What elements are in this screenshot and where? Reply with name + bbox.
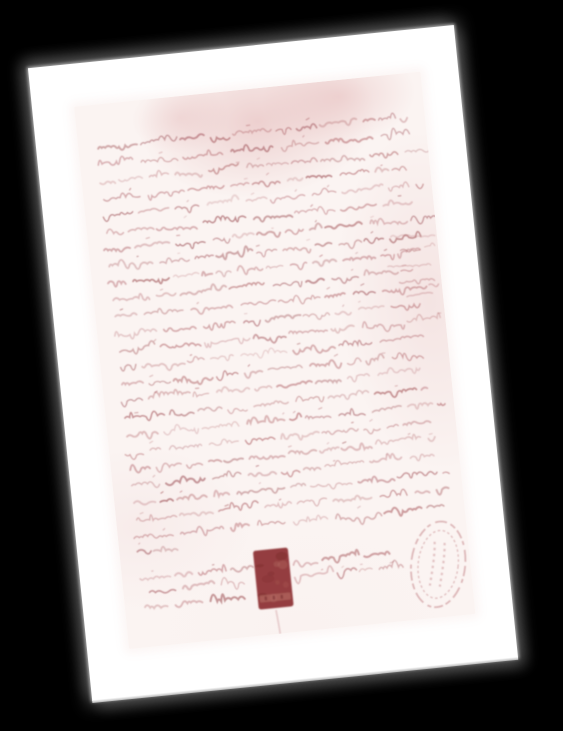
handwriting-stroke xyxy=(289,448,317,455)
handwriting-stroke xyxy=(359,305,384,310)
handwriting-stroke xyxy=(401,269,413,272)
handwriting-stroke xyxy=(364,551,390,557)
handwriting-stroke xyxy=(113,293,150,303)
handwriting-stroke xyxy=(429,283,439,287)
handwriting-stroke xyxy=(108,280,126,288)
seal-shape xyxy=(265,596,268,600)
handwriting-stroke xyxy=(119,176,143,182)
handwriting-stroke xyxy=(403,420,431,425)
handwriting-stroke xyxy=(103,191,140,201)
handwriting-stroke xyxy=(160,289,162,290)
handwriting-stroke xyxy=(375,167,389,172)
handwriting-stroke xyxy=(254,400,288,407)
handwriting-stroke xyxy=(325,135,372,145)
handwriting-stroke xyxy=(266,161,288,166)
handwriting-stroke xyxy=(359,568,372,572)
seal-shape xyxy=(280,595,283,599)
handwriting-stroke xyxy=(175,170,202,179)
handwriting-stroke xyxy=(353,290,375,296)
handwriting-stroke xyxy=(381,254,395,261)
handwriting-stroke xyxy=(388,182,409,192)
handwriting-stroke xyxy=(182,149,222,160)
handwriting-stroke xyxy=(133,276,170,286)
stamp-lettering xyxy=(430,542,436,586)
handwriting-stroke xyxy=(245,437,275,445)
handwriting-stroke xyxy=(335,311,351,316)
handwriting-stroke xyxy=(173,374,213,387)
handwriting-stroke xyxy=(98,155,133,166)
handwriting-stroke xyxy=(306,174,331,179)
handwriting-stroke xyxy=(315,242,331,246)
handwriting-stroke xyxy=(198,406,222,412)
handwriting-stroke xyxy=(228,407,248,414)
handwriting-stroke xyxy=(410,214,437,225)
handwriting-stroke xyxy=(212,470,241,479)
handwriting-stroke xyxy=(208,164,239,175)
handwriting-stroke xyxy=(125,453,144,460)
handwriting-stroke xyxy=(149,380,171,385)
handwriting-stroke xyxy=(366,354,385,365)
handwriting-stroke xyxy=(408,434,410,435)
handwriting-stroke xyxy=(321,154,365,165)
handwriting-stroke xyxy=(381,165,382,166)
handwriting-stroke xyxy=(195,254,213,258)
handwriting-stroke xyxy=(339,240,362,250)
handwriting-stroke xyxy=(364,237,384,244)
handwriting-stroke xyxy=(230,522,249,531)
handwriting-stroke xyxy=(150,441,153,443)
handwriting-stroke xyxy=(281,430,320,441)
handwriting-stroke xyxy=(334,354,337,356)
handwriting-stroke xyxy=(225,505,228,506)
handwriting-stroke xyxy=(370,152,398,160)
handwriting-stroke xyxy=(325,222,362,230)
handwriting-stroke xyxy=(251,193,253,194)
handwriting-stroke xyxy=(159,152,162,153)
handwriting-stroke xyxy=(293,514,328,525)
handwriting-stroke xyxy=(315,220,316,221)
handwriting-stroke xyxy=(154,340,156,342)
handwriting-stroke xyxy=(294,205,335,217)
handwriting-stroke xyxy=(436,487,449,495)
handwriting-stroke xyxy=(210,592,245,603)
handwriting-stroke xyxy=(244,319,261,327)
handwriting-stroke xyxy=(327,185,329,186)
handwriting-stroke xyxy=(180,491,182,492)
handwriting-stroke xyxy=(100,181,115,185)
handwriting-stroke xyxy=(364,428,381,435)
handwriting-stroke xyxy=(289,328,327,336)
handwriting-stroke xyxy=(293,411,295,412)
handwriting-stroke xyxy=(180,134,204,140)
handwriting-stroke xyxy=(289,413,301,420)
handwriting-stroke xyxy=(216,370,238,381)
handwriting-stroke xyxy=(257,230,281,239)
handwriting-stroke xyxy=(130,463,151,473)
handwriting-stroke xyxy=(351,269,352,270)
handwriting-stroke xyxy=(144,306,183,316)
handwriting-stroke xyxy=(106,228,123,236)
handwriting-stroke xyxy=(320,447,339,453)
handwriting-stroke xyxy=(391,304,420,312)
handwriting-stroke xyxy=(141,156,178,165)
handwriting-stroke xyxy=(313,259,337,267)
handwriting-stroke xyxy=(150,447,160,450)
seal-shape xyxy=(273,596,276,600)
handwriting-stroke xyxy=(120,364,136,371)
handwriting-stroke xyxy=(156,462,182,473)
handwriting-stroke xyxy=(138,207,169,213)
handwriting-stroke xyxy=(153,475,155,476)
handwriting-stroke xyxy=(265,314,300,322)
handwriting-stroke xyxy=(103,211,133,221)
handwriting-stroke xyxy=(213,237,230,245)
handwriting-stroke xyxy=(165,474,205,485)
handwriting-stroke xyxy=(161,492,163,493)
handwriting-stroke xyxy=(369,453,401,463)
handwriting-stroke xyxy=(140,134,177,144)
handwriting-stroke xyxy=(388,262,431,269)
handwriting-stroke xyxy=(180,524,224,538)
handwriting-stroke xyxy=(216,270,231,277)
handwriting-stroke xyxy=(256,249,277,258)
handwriting-stroke xyxy=(316,379,341,385)
handwriting-stroke xyxy=(325,293,345,298)
handwriting-stroke xyxy=(400,118,407,123)
handwriting-stroke xyxy=(173,272,199,277)
handwriting-stroke xyxy=(124,409,164,423)
handwriting-stroke xyxy=(384,505,422,518)
handwriting-stroke xyxy=(109,257,153,272)
handwriting-stroke xyxy=(293,343,336,355)
handwriting-stroke xyxy=(231,566,254,573)
handwriting-stroke xyxy=(328,390,369,402)
handwriting-stroke xyxy=(311,205,313,207)
handwriting-stroke xyxy=(333,494,371,502)
handwriting-stroke xyxy=(136,512,176,522)
handwriting-stroke xyxy=(156,224,197,233)
handwriting-stroke xyxy=(311,481,353,491)
handwriting-stroke xyxy=(443,472,449,474)
handwriting-stroke xyxy=(121,398,143,407)
handwriting-stroke xyxy=(160,499,173,502)
handwriting-stroke xyxy=(134,499,156,505)
handwriting-stroke xyxy=(248,471,276,477)
handwriting-stroke xyxy=(374,388,416,399)
handwriting-stroke xyxy=(291,483,306,487)
handwriting-stroke xyxy=(283,246,311,255)
handwriting-stroke xyxy=(188,185,224,192)
handwriting-stroke xyxy=(383,198,412,207)
handwriting-stroke xyxy=(259,483,260,484)
handwriting-stroke xyxy=(119,341,155,356)
handwriting-stroke xyxy=(306,278,324,283)
handwriting-stroke xyxy=(148,190,185,200)
handwriting-stroke xyxy=(332,276,359,284)
handwriting-stroke xyxy=(210,355,233,363)
handwriting-stroke xyxy=(410,453,434,461)
handwriting-stroke xyxy=(416,184,424,189)
handwriting-stroke xyxy=(142,360,185,373)
handwriting-layer xyxy=(74,72,475,649)
handwriting-stroke xyxy=(252,179,280,188)
handwriting-stroke xyxy=(163,422,199,436)
handwriting-stroke xyxy=(306,118,309,120)
handwriting-stroke xyxy=(115,313,136,317)
handwriting-stroke xyxy=(288,446,291,447)
handwriting-stroke xyxy=(127,430,158,440)
handwriting-stroke xyxy=(361,284,364,285)
handwriting-stroke xyxy=(395,386,397,387)
handwriting-stroke xyxy=(303,466,320,471)
handwriting-stroke xyxy=(342,566,344,567)
handwriting-stroke xyxy=(202,421,239,429)
handwriting-stroke xyxy=(371,232,373,233)
handwriting-stroke xyxy=(139,543,140,544)
handwriting-stroke xyxy=(380,489,407,498)
handwriting-stroke xyxy=(149,588,175,594)
handwriting-stroke xyxy=(288,177,303,182)
handwriting-stroke xyxy=(145,603,168,609)
handwriting-stroke xyxy=(307,239,310,240)
handwriting-stroke xyxy=(379,560,404,570)
scene-background: { "scene": { "description": "Photograph … xyxy=(0,0,563,731)
handwriting-stroke xyxy=(122,381,143,386)
handwriting-stroke xyxy=(211,136,230,143)
handwriting-stroke xyxy=(319,118,356,128)
handwriting-stroke xyxy=(405,148,430,154)
handwriting-stroke xyxy=(303,312,330,321)
handwriting-stroke xyxy=(273,281,302,289)
handwriting-stroke xyxy=(197,303,199,304)
handwriting-stroke xyxy=(257,518,285,526)
handwriting-stroke xyxy=(134,532,174,540)
handwriting-stroke xyxy=(338,407,365,417)
handwriting-stroke xyxy=(319,408,322,409)
handwriting-stroke xyxy=(421,387,427,390)
handwriting-stroke xyxy=(291,158,317,164)
handwriting-stroke xyxy=(135,241,170,248)
handwriting-stroke xyxy=(229,282,264,289)
handwriting-stroke xyxy=(120,309,122,310)
handwriting-stroke xyxy=(407,313,441,323)
handwriting-stroke xyxy=(244,178,247,179)
handwriting-stroke xyxy=(216,246,253,261)
handwriting-stroke xyxy=(347,374,369,383)
handwriting-stroke xyxy=(245,371,263,379)
handwriting-stroke xyxy=(378,113,395,120)
handwriting-stroke xyxy=(381,127,410,141)
handwriting-stroke xyxy=(190,355,191,356)
handwriting-stroke xyxy=(358,506,361,508)
handwriting-stroke xyxy=(148,388,190,399)
handwriting-stroke xyxy=(216,385,249,395)
manuscript-scan xyxy=(74,72,475,649)
handwriting-stroke xyxy=(266,173,268,175)
handwriting-stroke xyxy=(438,403,446,406)
handwriting-stroke xyxy=(98,143,137,152)
handwriting-stroke xyxy=(372,406,401,413)
handwriting-stroke xyxy=(247,414,285,425)
handwriting-stroke xyxy=(256,466,258,467)
handwriting-stroke xyxy=(128,227,154,232)
handwriting-stroke xyxy=(255,386,272,391)
handwriting-stroke xyxy=(340,203,376,211)
handwriting-stroke xyxy=(241,347,288,360)
handwriting-stroke xyxy=(203,214,246,226)
handwriting-stroke xyxy=(149,170,169,177)
handwriting-stroke xyxy=(214,489,230,496)
handwriting-stroke xyxy=(277,381,312,389)
handwriting-stroke xyxy=(303,136,304,137)
handwriting-stroke xyxy=(364,267,398,277)
handwriting-stroke xyxy=(187,463,203,468)
handwriting-stroke xyxy=(180,510,213,517)
handwriting-stroke xyxy=(305,414,330,420)
handwriting-stroke xyxy=(140,513,143,514)
handwriting-stroke xyxy=(146,238,149,239)
handwriting-stroke xyxy=(175,572,193,578)
handwriting-stroke xyxy=(256,245,259,246)
handwriting-stroke xyxy=(184,216,186,218)
handwriting-stroke xyxy=(327,288,330,289)
handwriting-stroke xyxy=(322,428,358,436)
handwriting-stroke xyxy=(268,365,302,371)
handwriting-stroke xyxy=(129,188,130,190)
handwriting-stroke xyxy=(310,359,342,371)
handwriting-stroke xyxy=(104,246,130,253)
handwriting-stroke xyxy=(156,292,175,297)
handwriting-stroke xyxy=(427,504,444,508)
handwriting-stroke xyxy=(198,565,226,576)
handwriting-stroke xyxy=(202,271,213,276)
handwriting-stroke xyxy=(407,292,433,297)
handwriting-stroke xyxy=(283,413,284,414)
handwriting-stroke xyxy=(358,475,395,486)
handwriting-stroke xyxy=(408,402,433,410)
handwriting-stroke xyxy=(247,162,264,168)
handwriting-stroke xyxy=(281,138,319,152)
handwriting-stroke xyxy=(241,300,276,307)
handwriting-stroke xyxy=(187,201,188,202)
handwriting-stroke xyxy=(383,285,428,296)
handwriting-stroke xyxy=(285,229,303,236)
handwriting-stroke xyxy=(363,118,375,121)
handwriting-stroke xyxy=(290,262,307,270)
handwriting-stroke xyxy=(231,142,273,155)
handwriting-stroke xyxy=(163,529,165,530)
handwriting-stroke xyxy=(371,216,374,217)
handwriting-stroke xyxy=(253,332,286,345)
handwriting-stroke xyxy=(276,127,292,135)
handwriting-stroke xyxy=(140,575,171,581)
handwriting-stroke xyxy=(356,252,358,253)
handwriting-stroke xyxy=(384,249,386,250)
handwriting-stroke xyxy=(175,599,202,607)
handwriting-stroke xyxy=(203,321,235,331)
handwriting-stroke xyxy=(415,490,429,494)
handwriting-stroke xyxy=(191,305,233,315)
handwriting-stroke xyxy=(193,391,209,397)
stamp-lettering xyxy=(440,543,446,587)
handwriting-stroke xyxy=(392,166,406,171)
page-bottom-edge xyxy=(92,657,518,703)
handwriting-stroke xyxy=(370,216,408,227)
handwriting-stroke xyxy=(359,301,361,302)
handwriting-stroke xyxy=(335,510,382,527)
handwriting-stroke xyxy=(295,394,324,405)
handwriting-stroke xyxy=(331,325,354,333)
handwriting-stroke xyxy=(297,343,300,344)
handwriting-stroke xyxy=(343,255,375,261)
handwriting-stroke xyxy=(297,498,327,508)
handwriting-stroke xyxy=(429,434,432,435)
handwriting-stroke xyxy=(375,434,421,446)
handwriting-stroke xyxy=(278,293,320,306)
handwriting-stroke xyxy=(187,356,204,363)
handwriting-stroke xyxy=(380,335,424,342)
handwriting-stroke xyxy=(169,408,194,417)
handwriting-stroke xyxy=(320,255,323,256)
handwriting-stroke xyxy=(150,375,153,376)
handwriting-stroke xyxy=(177,493,207,501)
handwriting-stroke xyxy=(207,195,239,205)
handwriting-stroke xyxy=(347,358,361,365)
handwriting-stroke xyxy=(397,470,437,479)
handwriting-stroke xyxy=(153,545,177,553)
handwriting-stroke xyxy=(257,158,259,159)
handwriting-stroke xyxy=(322,569,323,570)
handwriting-stroke xyxy=(246,197,267,202)
handwriting-stroke xyxy=(237,264,263,275)
handwriting-stroke xyxy=(387,424,398,428)
embossed-stamp xyxy=(407,519,470,610)
handwriting-stroke xyxy=(175,205,199,214)
handwriting-stroke xyxy=(293,559,318,568)
handwriting-stroke xyxy=(428,437,435,442)
handwriting-stroke xyxy=(309,223,322,230)
handwriting-stroke xyxy=(218,500,258,512)
handwriting-main-block xyxy=(93,106,467,547)
handwriting-stroke xyxy=(343,442,346,443)
handwriting-stroke xyxy=(231,183,249,187)
handwriting-stroke xyxy=(137,549,151,555)
handwriting-stroke xyxy=(233,233,254,239)
handwriting-stroke xyxy=(182,581,214,590)
handwriting-stroke xyxy=(296,124,317,131)
wax-seal xyxy=(253,547,301,649)
handwriting-stroke xyxy=(327,443,329,444)
handwriting-stroke xyxy=(160,256,190,264)
handwriting-stroke xyxy=(341,442,372,451)
handwriting-stroke xyxy=(370,420,373,422)
handwriting-stroke xyxy=(169,443,202,450)
handwriting-stroke xyxy=(295,190,297,191)
handwriting-stroke xyxy=(322,550,360,565)
handwriting-stroke xyxy=(342,184,383,194)
handwriting-stroke xyxy=(249,453,285,461)
handwriting-stroke xyxy=(281,470,300,477)
handwriting-stroke xyxy=(221,576,245,591)
handwriting-stroke xyxy=(266,265,283,269)
isolated-word xyxy=(137,539,178,554)
handwriting-stroke xyxy=(176,241,206,250)
handwriting-stroke xyxy=(312,187,336,195)
handwriting-stroke xyxy=(265,502,292,510)
handwriting-stroke xyxy=(180,283,227,296)
stamp-ring xyxy=(415,528,462,600)
handwriting-stroke xyxy=(237,487,285,497)
